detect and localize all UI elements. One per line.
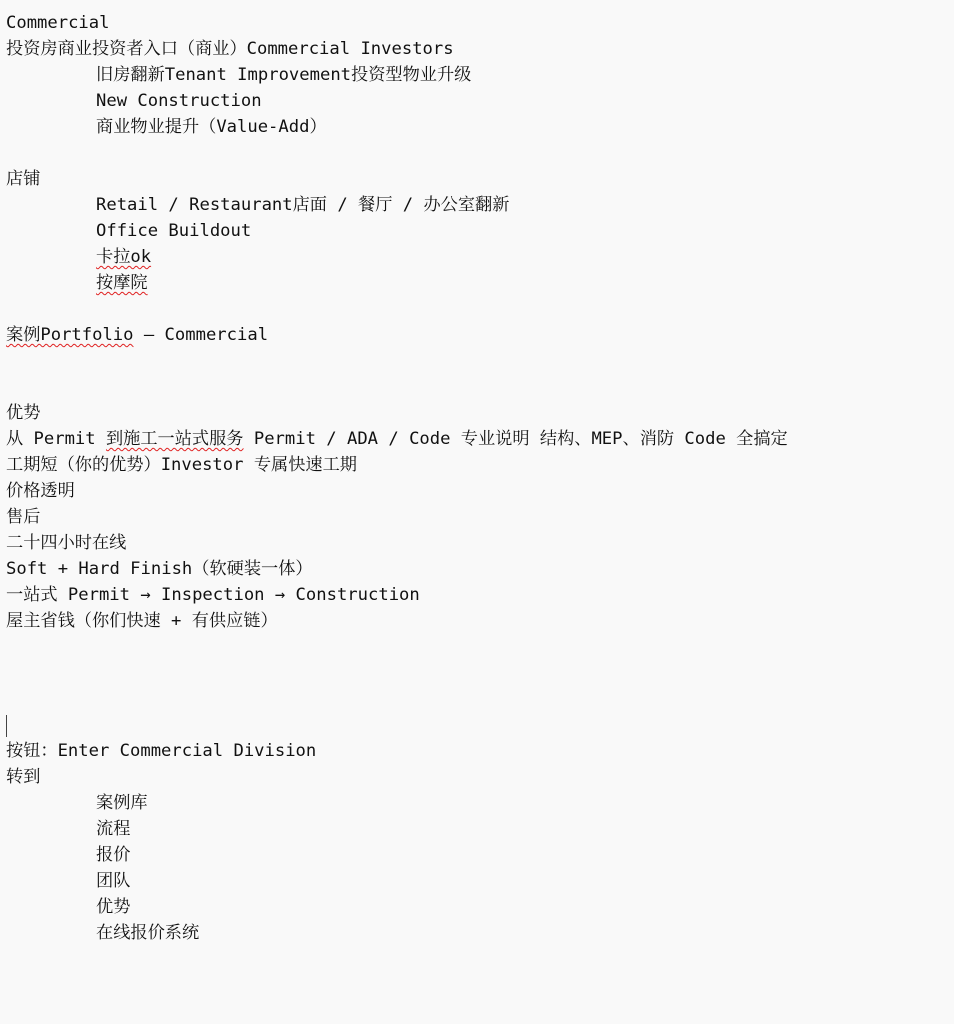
blank-line bbox=[6, 660, 954, 686]
blank-line bbox=[6, 140, 954, 166]
spellcheck-flagged-text[interactable]: 卡拉ok bbox=[96, 247, 151, 267]
stores-item: 卡拉ok bbox=[6, 244, 954, 270]
advantages-text: 从 Permit bbox=[6, 429, 106, 449]
blank-line bbox=[6, 296, 954, 322]
goto-item: 优势 bbox=[6, 894, 954, 920]
advantages-item: 一站式 Permit → Inspection → Construction bbox=[6, 582, 954, 608]
blank-line bbox=[6, 348, 954, 374]
investors-item: 旧房翻新Tenant Improvement投资型物业升级 bbox=[6, 62, 954, 88]
advantages-text: Permit / ADA / Code 专业说明 结构、MEP、消防 Code … bbox=[244, 429, 788, 449]
stores-title: 店铺 bbox=[6, 166, 954, 192]
caret-line[interactable] bbox=[6, 712, 954, 738]
blank-line bbox=[6, 634, 954, 660]
goto-item: 案例库 bbox=[6, 790, 954, 816]
document-body[interactable]: Commercial 投资房商业投资者入口（商业）Commercial Inve… bbox=[6, 10, 954, 946]
spellcheck-flagged-text[interactable]: 到施工一站式服务 bbox=[106, 429, 244, 449]
heading-commercial: Commercial bbox=[6, 10, 954, 36]
portfolio-suffix: – Commercial bbox=[134, 325, 269, 345]
advantages-item: 工期短（你的优势）Investor 专属快速工期 bbox=[6, 452, 954, 478]
stores-item: Office Buildout bbox=[6, 218, 954, 244]
goto-item: 团队 bbox=[6, 868, 954, 894]
text-cursor bbox=[6, 715, 7, 737]
investors-item: New Construction bbox=[6, 88, 954, 114]
investors-item: 商业物业提升（Value-Add） bbox=[6, 114, 954, 140]
button-line: 按钮：Enter Commercial Division bbox=[6, 738, 954, 764]
spellcheck-flagged-text[interactable]: 按摩院 bbox=[96, 273, 148, 293]
advantages-item: 价格透明 bbox=[6, 478, 954, 504]
goto-item: 在线报价系统 bbox=[6, 920, 954, 946]
advantages-item: 屋主省钱（你们快速 + 有供应链） bbox=[6, 608, 954, 634]
blank-line bbox=[6, 374, 954, 400]
advantages-item: 二十四小时在线 bbox=[6, 530, 954, 556]
spellcheck-flagged-text[interactable]: 案例Portfolio bbox=[6, 325, 134, 345]
stores-item: 按摩院 bbox=[6, 270, 954, 296]
advantages-line-1: 从 Permit 到施工一站式服务 Permit / ADA / Code 专业… bbox=[6, 426, 954, 452]
goto-title: 转到 bbox=[6, 764, 954, 790]
advantages-item: 售后 bbox=[6, 504, 954, 530]
advantages-item: Soft + Hard Finish（软硬装一体） bbox=[6, 556, 954, 582]
blank-line bbox=[6, 686, 954, 712]
goto-item: 报价 bbox=[6, 842, 954, 868]
goto-item: 流程 bbox=[6, 816, 954, 842]
stores-item: Retail / Restaurant店面 / 餐厅 / 办公室翻新 bbox=[6, 192, 954, 218]
portfolio-line: 案例Portfolio – Commercial bbox=[6, 322, 954, 348]
investors-title: 投资房商业投资者入口（商业）Commercial Investors bbox=[6, 36, 954, 62]
advantages-title: 优势 bbox=[6, 400, 954, 426]
